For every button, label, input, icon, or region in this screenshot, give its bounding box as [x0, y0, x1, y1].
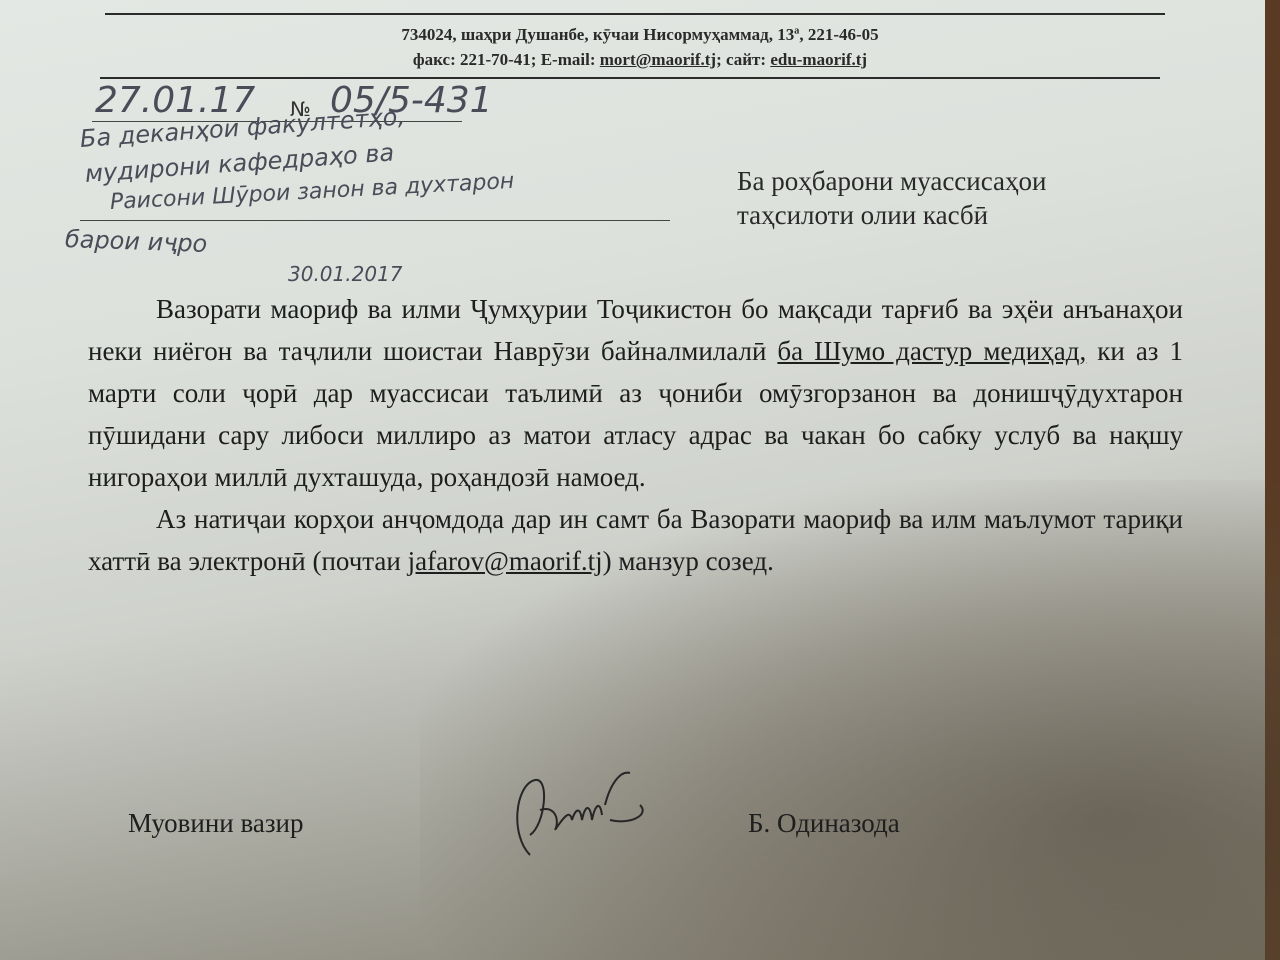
- body-paragraph-2: Аз натиҷаи корҳои анҷомдода дар ин самт …: [88, 498, 1183, 582]
- resolution-date: 30.01.2017: [288, 262, 403, 286]
- signatory-name: Б. Одиназода: [748, 808, 900, 839]
- body-emphasis: ба Шумо дастур медиҳад,: [777, 336, 1086, 366]
- resolution-underline: [80, 220, 670, 221]
- body-paragraph-1: Вазорати маориф ва илми Ҷумҳурии Тоҷикис…: [88, 288, 1183, 498]
- letterhead-site-link[interactable]: edu-maorif.tj: [770, 50, 867, 69]
- letter-body: Вазорати маориф ва илми Ҷумҳурии Тоҷикис…: [88, 288, 1183, 582]
- letterhead-contacts: факс: 221-70-41; E-mail: mort@maorif.tj;…: [0, 50, 1280, 70]
- header-rule-top: [105, 13, 1165, 15]
- addressee-line-2: таҳсилоти олии касбӣ: [737, 198, 1047, 232]
- signature-scribble-icon: [500, 765, 670, 865]
- body-email-link[interactable]: jafarov@maorif.tj: [408, 546, 603, 576]
- addressee-block: Ба роҳбарони муассисаҳои таҳсилоти олии …: [737, 164, 1047, 232]
- header-rule-bottom: [100, 77, 1160, 79]
- signatory-title: Муовини вазир: [128, 808, 304, 839]
- resolution-line-4: барои иҷро: [65, 225, 208, 258]
- addressee-line-1: Ба роҳбарони муассисаҳои: [737, 164, 1047, 198]
- letterhead-address: 734024, шаҳри Душанбе, кӯчаи Нисормуҳамм…: [0, 25, 1280, 45]
- letterhead-email-link[interactable]: mort@maorif.tj: [600, 50, 716, 69]
